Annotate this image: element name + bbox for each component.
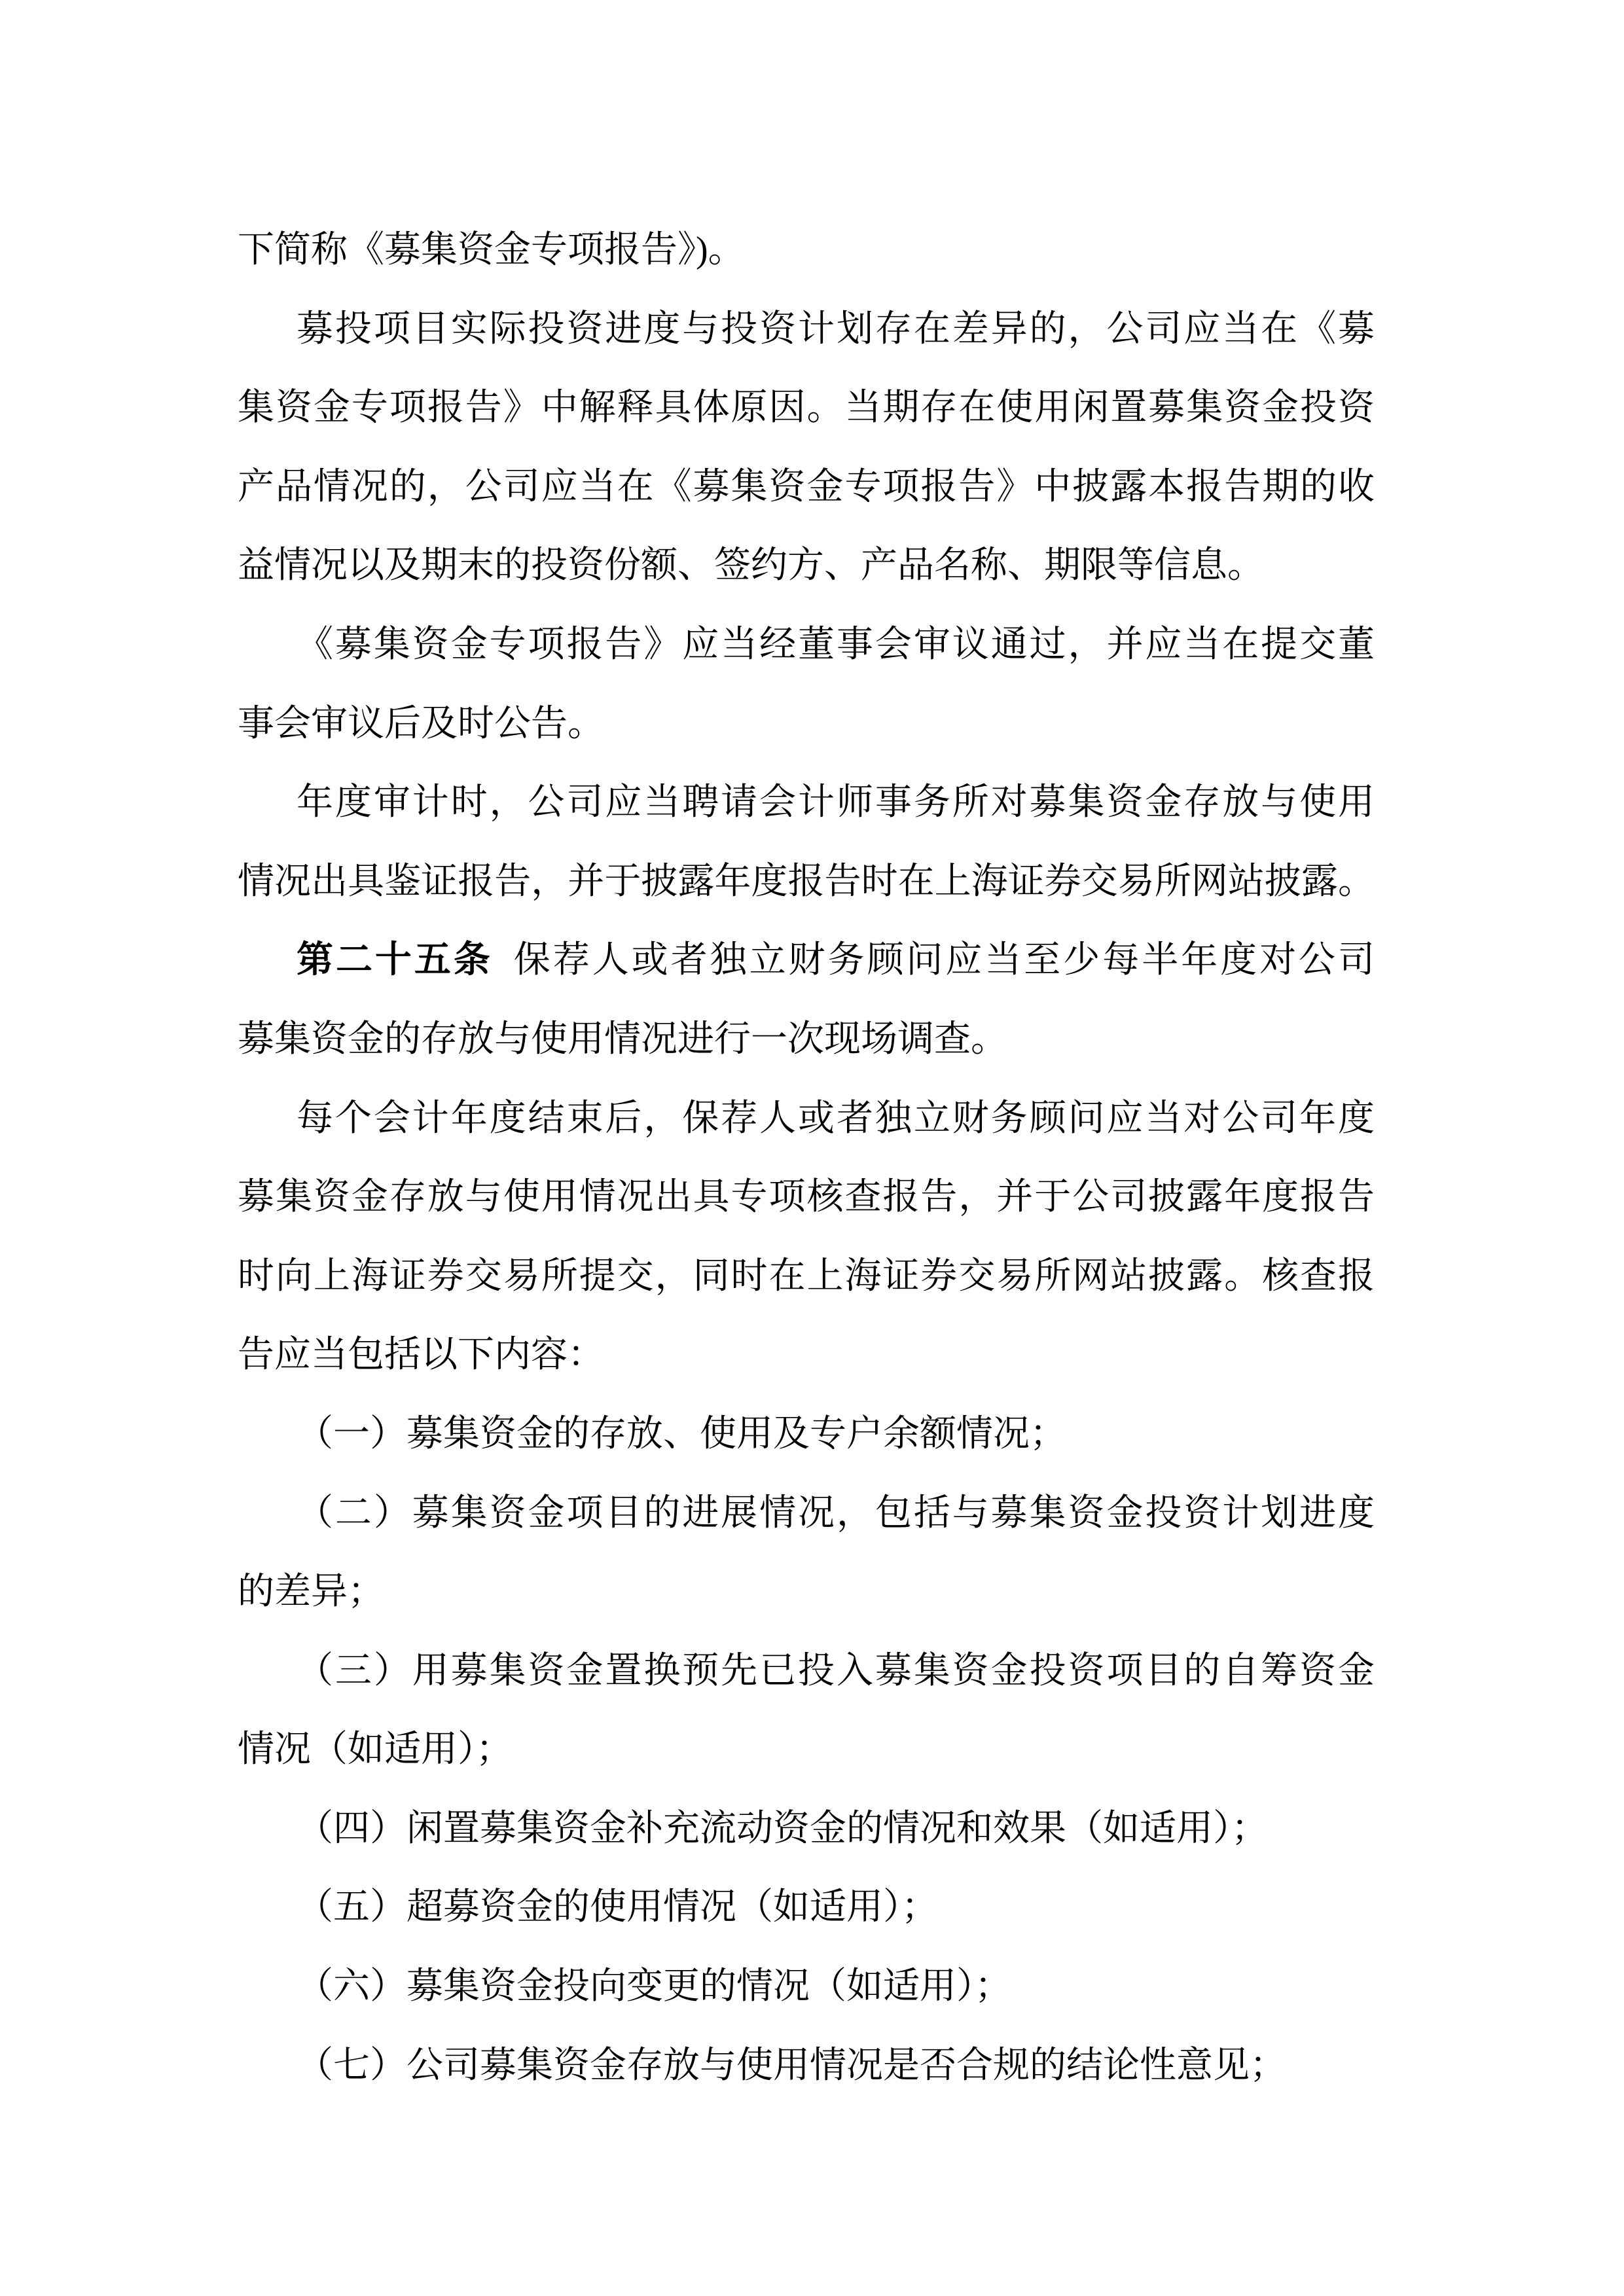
text-line: （一）募集资金的存放、使用及专户余额情况； [238, 1395, 1375, 1474]
text-line: （六）募集资金投向变更的情况（如适用）； [238, 1947, 1375, 2026]
text-line: 《募集资金专项报告》应当经董事会审议通过，并应当在提交董 [238, 605, 1375, 685]
text-line: 情况（如适用）； [238, 1710, 1375, 1789]
document-page: 下简称《募集资金专项报告》)。募投项目实际投资进度与投资计划存在差异的，公司应当… [0, 0, 1624, 2296]
text-line: 募投项目实际投资进度与投资计划存在差异的，公司应当在《募 [238, 290, 1375, 369]
text-line: 年度审计时，公司应当聘请会计师事务所对募集资金存放与使用 [238, 763, 1375, 842]
text-line: 告应当包括以下内容： [238, 1316, 1375, 1395]
text-line: 事会审议后及时公告。 [238, 685, 1375, 764]
text-line: 募集资金存放与使用情况出具专项核查报告，并于公司披露年度报告 [238, 1158, 1375, 1237]
text-line: 募集资金的存放与使用情况进行一次现场调查。 [238, 1000, 1375, 1079]
text-line: 集资金专项报告》中解释具体原因。当期存在使用闲置募集资金投资 [238, 368, 1375, 448]
text-line: 产品情况的，公司应当在《募集资金专项报告》中披露本报告期的收 [238, 448, 1375, 527]
text-line: （四）闲置募集资金补充流动资金的情况和效果（如适用）； [238, 1789, 1375, 1869]
text-line: （二）募集资金项目的进展情况，包括与募集资金投资计划进度 [238, 1474, 1375, 1553]
text-line: 情况出具鉴证报告，并于披露年度报告时在上海证券交易所网站披露。 [238, 842, 1375, 922]
document-text-block: 下简称《募集资金专项报告》)。募投项目实际投资进度与投资计划存在差异的，公司应当… [238, 211, 1375, 2105]
text-line: 下简称《募集资金专项报告》)。 [238, 211, 1375, 290]
article-number-bold: 第二十五条 [297, 940, 493, 980]
text-line: 每个会计年度结束后，保荐人或者独立财务顾问应当对公司年度 [238, 1079, 1375, 1158]
text-line: （五）超募资金的使用情况（如适用）； [238, 1868, 1375, 1947]
text-line: 益情况以及期末的投资份额、签约方、产品名称、期限等信息。 [238, 526, 1375, 605]
text-line: （三）用募集资金置换预先已投入募集资金投资项目的自筹资金 [238, 1632, 1375, 1711]
text-line: 时向上海证券交易所提交，同时在上海证券交易所网站披露。核查报 [238, 1237, 1375, 1316]
text-line: （七）公司募集资金存放与使用情况是否合规的结论性意见； [238, 2026, 1375, 2106]
text-line: 的差异； [238, 1552, 1375, 1632]
text-line: 第二十五条 保荐人或者独立财务顾问应当至少每半年度对公司 [238, 921, 1375, 1000]
